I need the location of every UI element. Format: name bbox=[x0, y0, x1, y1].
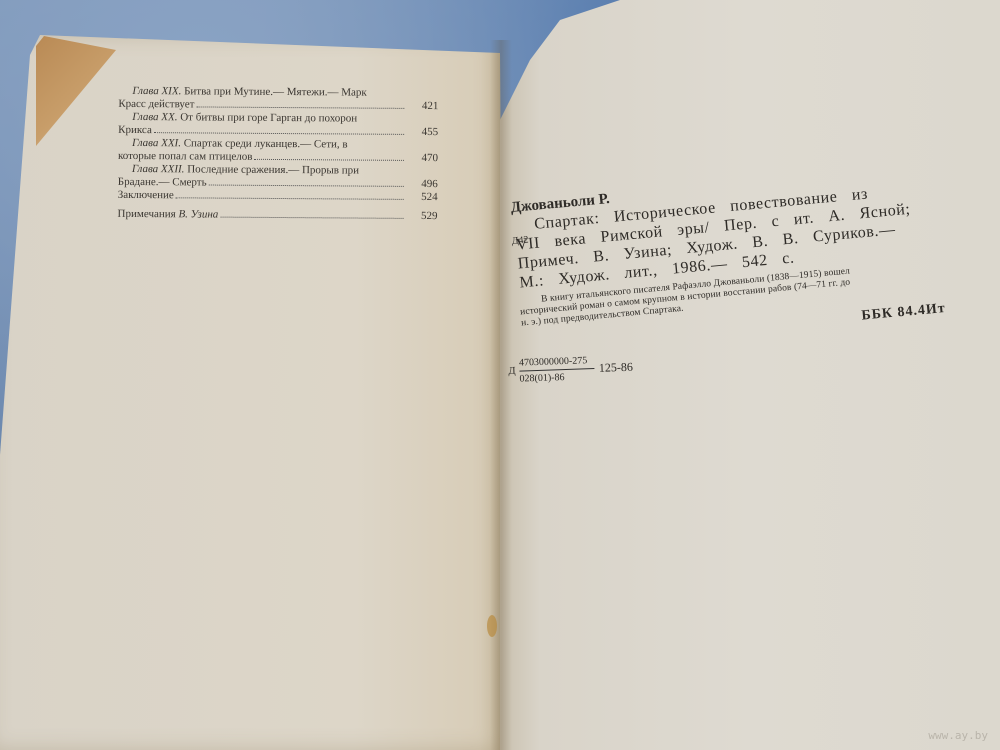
toc-entry: Глава XXII. Последние сражения.— Прорыв … bbox=[118, 163, 438, 191]
index-suffix: 125-86 bbox=[599, 360, 634, 376]
table-of-contents: Глава XIX. Битва при Мутине.— Мятежи.— М… bbox=[118, 85, 439, 223]
toc-chapter-title: Последние сражения.— Прорыв при bbox=[187, 163, 359, 176]
toc-entry: Глава XIX. Битва при Мутине.— Мятежи.— М… bbox=[118, 85, 438, 113]
publication-index: Д 4703000000-275 028(01)-86 125-86 bbox=[508, 354, 633, 385]
card-code: Д42 bbox=[511, 235, 529, 247]
toc-chapter-title-cont: Красс действует bbox=[118, 98, 194, 112]
toc-page-number: 421 bbox=[408, 100, 438, 113]
toc-chapter-title: От битвы при горе Гарган до похорон bbox=[180, 111, 357, 124]
watermark: www.ay.by bbox=[928, 729, 988, 742]
toc-chapter-label: Глава XX. bbox=[132, 111, 177, 123]
toc-chapter-title: Битва при Мутине.— Мятежи.— Марк bbox=[184, 85, 367, 98]
book-spine bbox=[490, 40, 512, 750]
toc-page-number: 529 bbox=[408, 210, 438, 223]
toc-chapter-label: Глава XIX. bbox=[132, 85, 181, 97]
toc-chapter-title: Спартак среди луканцев.— Сети, в bbox=[184, 137, 348, 150]
toc-chapter-title-cont: Крикса bbox=[118, 124, 152, 137]
toc-page-number: 524 bbox=[408, 191, 438, 204]
toc-notes-author: В. Узина bbox=[178, 208, 218, 221]
toc-entry: Глава XXI. Спартак среди луканцев.— Сети… bbox=[118, 137, 438, 165]
toc-page-number: 470 bbox=[408, 152, 438, 165]
paper-stain bbox=[487, 615, 497, 637]
toc-chapter-label: Глава XXI. bbox=[132, 137, 181, 149]
toc-notes-title: Примечания bbox=[118, 208, 176, 221]
toc-page-number: 496 bbox=[408, 178, 438, 191]
toc-chapter-title-cont: Брадане.— Смерть bbox=[118, 176, 207, 190]
index-denominator: 028(01)-86 bbox=[519, 369, 594, 385]
toc-conclusion: Заключение524 bbox=[118, 189, 438, 204]
toc-entry: Глава XX. От битвы при горе Гарган до по… bbox=[118, 111, 438, 139]
toc-conclusion-title: Заключение bbox=[118, 189, 174, 202]
toc-chapter-title-cont: которые попал сам птицелов bbox=[118, 150, 253, 164]
toc-chapter-label: Глава XXII. bbox=[132, 163, 185, 175]
toc-notes: Примечания В. Узина529 bbox=[118, 208, 438, 223]
index-letter: Д bbox=[508, 366, 516, 377]
index-fraction: 4703000000-275 028(01)-86 bbox=[519, 355, 595, 385]
toc-page-number: 455 bbox=[408, 126, 438, 139]
